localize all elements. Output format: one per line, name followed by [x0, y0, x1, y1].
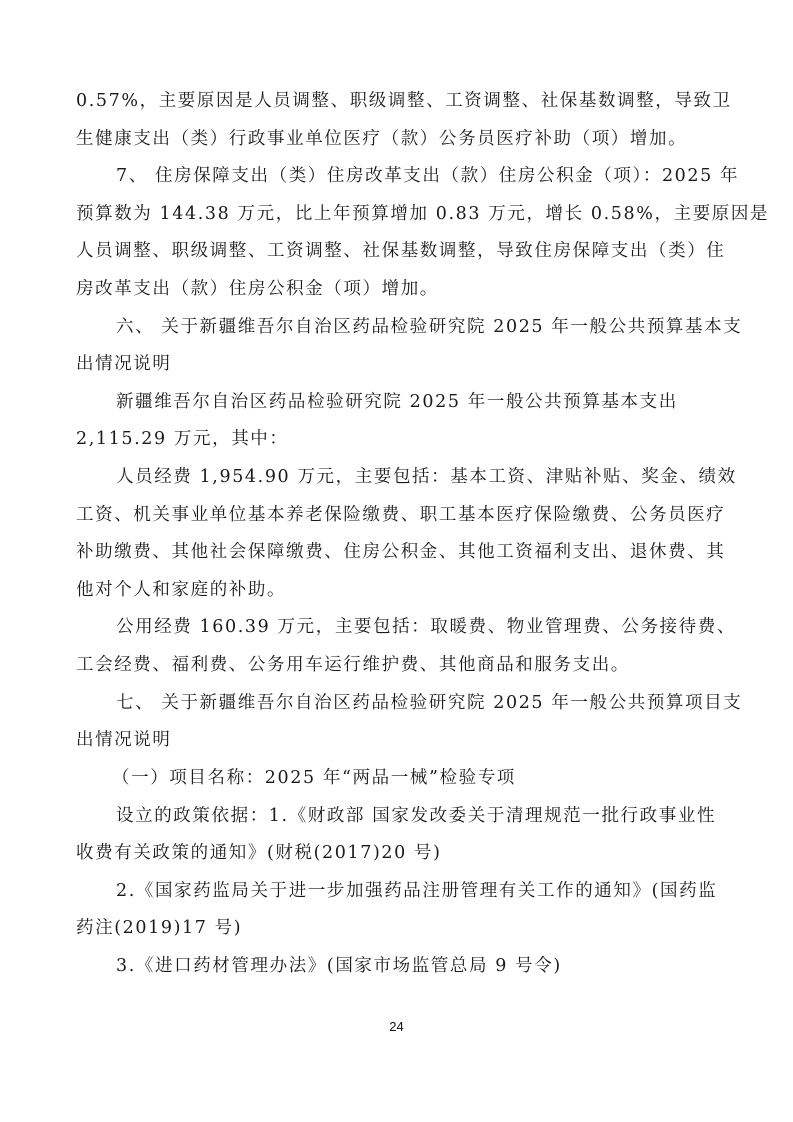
- item-7-heading-line: 7、 住房保障支出（类）住房改革支出（款）住房公积金（项）：2025 年: [116, 165, 739, 187]
- section-6-heading: 六、 关于新疆维吾尔自治区药品检验研究院 2025 年一般公共预算基本支: [116, 316, 742, 338]
- section-7-heading-cont: 出情况说明: [76, 729, 172, 751]
- paragraph-line: 预算数为 144.38 万元，比上年预算增加 0.83 万元，增长 0.58%，…: [76, 203, 769, 225]
- section-6-heading-cont: 出情况说明: [76, 353, 172, 375]
- paragraph-line: 工资、机关事业单位基本养老保险缴费、职工基本医疗保险缴费、公务员医疗: [76, 504, 725, 526]
- paragraph-line: 他对个人和家庭的补助。: [76, 579, 286, 601]
- page-number: 24: [0, 1019, 793, 1034]
- paragraph-line: 收费有关政策的通知》(财税(2017)20 号): [76, 842, 442, 864]
- policy-item-3-line: 3.《进口药材管理办法》(国家市场监管总局 9 号令): [116, 955, 562, 977]
- paragraph-line: 人员调整、职级调整、工资调整、社保基数调整，导致住房保障支出（类）住: [76, 240, 725, 262]
- project-name-line: （一）项目名称：2025 年“两品一械”检验专项: [112, 767, 516, 789]
- paragraph-line: 房改革支出（款）住房公积金（项）增加。: [76, 278, 439, 300]
- paragraph-line: 新疆维吾尔自治区药品检验研究院 2025 年一般公共预算基本支出: [116, 391, 678, 413]
- section-7-heading: 七、 关于新疆维吾尔自治区药品检验研究院 2025 年一般公共预算项目支: [116, 692, 742, 714]
- policy-item-2-line: 2.《国家药监局关于进一步加强药品注册管理有关工作的通知》(国药监: [116, 880, 717, 902]
- paragraph-line: 0.57%，主要原因是人员调整、职级调整、工资调整、社保基数调整，导致卫: [76, 90, 732, 112]
- personnel-expense-line: 人员经费 1,954.90 万元，主要包括：基本工资、津贴补贴、奖金、绩效: [116, 466, 737, 488]
- paragraph-line: 工会经费、福利费、公务用车运行维护费、其他商品和服务支出。: [76, 654, 630, 676]
- paragraph-line: 2,115.29 万元，其中：: [76, 428, 289, 450]
- policy-basis-line: 设立的政策依据：1.《财政部 国家发改委关于清理规范一批行政事业性: [116, 805, 716, 827]
- paragraph-line: 生健康支出（类）行政事业单位医疗（款）公务员医疗补助（项）增加。: [76, 128, 687, 150]
- public-expense-line: 公用经费 160.39 万元，主要包括：取暖费、物业管理费、公务接待费、: [116, 616, 736, 638]
- paragraph-line: 补助缴费、其他社会保障缴费、住房公积金、其他工资福利支出、退休费、其: [76, 541, 725, 563]
- paragraph-line: 药注(2019)17 号): [76, 917, 242, 939]
- document-page: 0.57%，主要原因是人员调整、职级调整、工资调整、社保基数调整，导致卫 生健康…: [0, 0, 793, 1122]
